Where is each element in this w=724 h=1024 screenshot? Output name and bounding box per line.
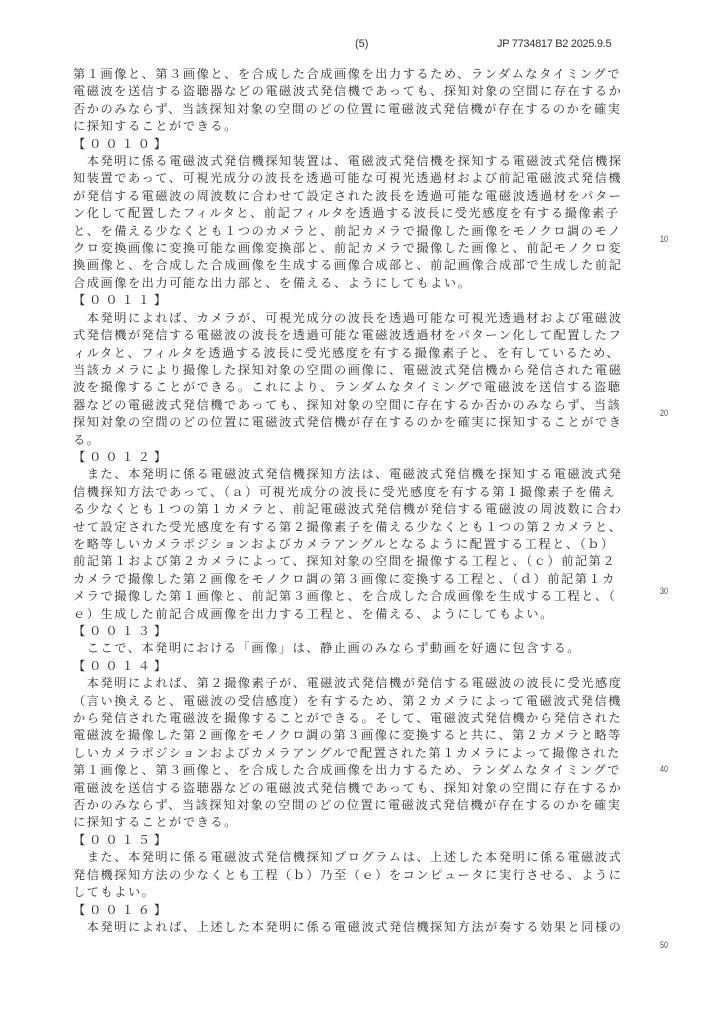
text-line: 波を撮像することができる。これにより、ランダムなタイミングで電磁波を送信する盗聴 xyxy=(73,379,633,396)
text-line: る。 xyxy=(73,432,633,449)
text-line: る少なくとも１つの第１カメラと、前記電磁波式発信機が発信する電磁波の周波数に合わ xyxy=(73,501,633,518)
text-line: ン化して配置したフィルタと、前記フィルタを透過する波長に受光感度を有する撮像素子 xyxy=(73,205,633,222)
text-line: 電磁波を撮像した第２画像をモノクロ調の第３画像に変換すると共に、第２カメラと略等 xyxy=(73,727,633,744)
text-line: 前記第１および第２カメラによって、探知対象の空間を撮像する工程と、（ｃ）前記第２ xyxy=(73,553,633,570)
text-line: 第１画像と、第３画像と、を合成した合成画像を出力するため、ランダムなタイミングで xyxy=(73,762,633,779)
text-line: してもよい。 xyxy=(73,884,633,901)
text-line: 合成画像を出力可能な出力部と、を備える、ようにしてもよい。 xyxy=(73,275,633,292)
text-line: ここで、本発明における「画像」は、静止画のみならず動画を好適に包含する。 xyxy=(73,640,633,657)
text-line: 電磁波を送信する盗聴器などの電磁波式発信機であっても、探知対象の空間に存在するか xyxy=(73,780,633,797)
text-line: カメラで撮像した第２画像をモノクロ調の第３画像に変換する工程と、（ｄ）前記第１カ xyxy=(73,571,633,588)
text-line: 式発信機が発信する電磁波の波長を透過可能な電磁波透過材をパターン化して配置したフ xyxy=(73,327,633,344)
text-line: また、本発明に係る電磁波式発信機探知方法は、電磁波式発信機を探知する電磁波式発 xyxy=(73,466,633,483)
text-line: しいカメラポジションおよびカメラアングルで配置された第１カメラによって撮像された xyxy=(73,745,633,762)
paragraph-number: 【００１３】 xyxy=(73,623,633,640)
text-line: 本発明に係る電磁波式発信機探知装置は、電磁波式発信機を探知する電磁波式発信機探 xyxy=(73,153,633,170)
paragraph-number: 【００１４】 xyxy=(73,658,633,675)
text-line: 知装置であって、可視光成分の波長を透過可能な可視光透過材および前記電磁波式発信機 xyxy=(73,170,633,187)
paragraph-number: 【００１５】 xyxy=(73,832,633,849)
text-line: に探知することができる。 xyxy=(73,118,633,135)
line-number-marker: 40 xyxy=(660,764,668,774)
line-number-marker: 50 xyxy=(660,940,668,950)
text-line: 発信機探知方法の少なくとも工程（ｂ）乃至（ｅ）をコンピュータに実行させる、ように xyxy=(73,867,633,884)
line-number-marker: 30 xyxy=(660,586,668,596)
paragraph-number: 【００１１】 xyxy=(73,292,633,309)
text-line: が発信する電磁波の周波数に合わせて設定された波長を透過可能な電磁波透過材をパター xyxy=(73,188,633,205)
text-line: 否かのみならず、当該探知対象の空間のどの位置に電磁波式発信機が存在するのかを確実 xyxy=(73,797,633,814)
text-line: を略等しいカメラポジションおよびカメラアングルとなるように配置する工程と、（ｂ） xyxy=(73,536,633,553)
line-number-margin: 1020304050 xyxy=(660,0,700,1024)
text-line: 本発明によれば、上述した本発明に係る電磁波式発信機探知方法が奏する効果と同様の xyxy=(73,919,633,936)
text-line: 探知対象の空間のどの位置に電磁波式発信機が存在するのかを確実に探知することができ xyxy=(73,414,633,431)
line-number-marker: 20 xyxy=(660,408,668,418)
paragraph-number: 【００１２】 xyxy=(73,449,633,466)
text-line: 信機探知方法であって、（ａ）可視光成分の波長に受光感度を有する第１撮像素子を備え xyxy=(73,484,633,501)
text-line: から発信された電磁波を撮像することができる。そして、電磁波式発信機から発信された xyxy=(73,710,633,727)
text-line: 第１画像と、第３画像と、を合成した合成画像を出力するため、ランダムなタイミングで xyxy=(73,66,633,83)
publication-id: JP 7734817 B2 2025.9.5 xyxy=(497,38,611,50)
text-line: メラで撮像した第１画像と、前記第３画像と、を合成した合成画像を生成する工程と、（ xyxy=(73,588,633,605)
page-number: (5) xyxy=(355,38,368,50)
text-line: また、本発明に係る電磁波式発信機探知プログラムは、上述した本発明に係る電磁波式 xyxy=(73,849,633,866)
text-line: （言い換えると、電磁波の受信感度）を有するため、第２カメラによって電磁波式発信機 xyxy=(73,693,633,710)
text-line: クロ変換画像に変換可能な画像変換部と、前記カメラで撮像した画像と、前記モノクロ変 xyxy=(73,240,633,257)
text-line: 換画像と、を合成した合成画像を生成する画像合成部と、前記画像合成部で生成した前記 xyxy=(73,257,633,274)
text-line: と、を備える少なくとも１つのカメラと、前記カメラで撮像した画像をモノクロ調のモノ xyxy=(73,223,633,240)
text-line: 本発明によれば、第２撮像素子が、電磁波式発信機が発信する電磁波の波長に受光感度 xyxy=(73,675,633,692)
text-line: 否かのみならず、当該探知対象の空間のどの位置に電磁波式発信機が存在するのかを確実 xyxy=(73,101,633,118)
line-number-marker: 10 xyxy=(660,234,668,244)
text-line: 本発明によれば、カメラが、可視光成分の波長を透過可能な可視光透過材および電磁波 xyxy=(73,310,633,327)
paragraph-number: 【００１０】 xyxy=(73,136,633,153)
page-header: (5) JP 7734817 B2 2025.9.5 xyxy=(0,38,724,56)
text-line: 当該カメラにより撮像した探知対象の空間の画像に、電磁波式発信機から発信された電磁 xyxy=(73,362,633,379)
text-line: に探知することができる。 xyxy=(73,814,633,831)
text-line: ｅ）生成した前記合成画像を出力する工程と、を備える、ようにしてもよい。 xyxy=(73,606,633,623)
text-line: せて設定された受光感度を有する第２撮像素子を備える少なくとも１つの第２カメラと、 xyxy=(73,519,633,536)
text-line: 器などの電磁波式発信機であっても、探知対象の空間に存在するか否かのみならず、当該 xyxy=(73,397,633,414)
text-line: ィルタと、フィルタを透過する波長に受光感度を有する撮像素子と、を有しているため、 xyxy=(73,345,633,362)
text-line: 電磁波を送信する盗聴器などの電磁波式発信機であっても、探知対象の空間に存在するか xyxy=(73,83,633,100)
paragraph-number: 【００１６】 xyxy=(73,902,633,919)
document-body: 第１画像と、第３画像と、を合成した合成画像を出力するため、ランダムなタイミングで… xyxy=(73,66,633,936)
